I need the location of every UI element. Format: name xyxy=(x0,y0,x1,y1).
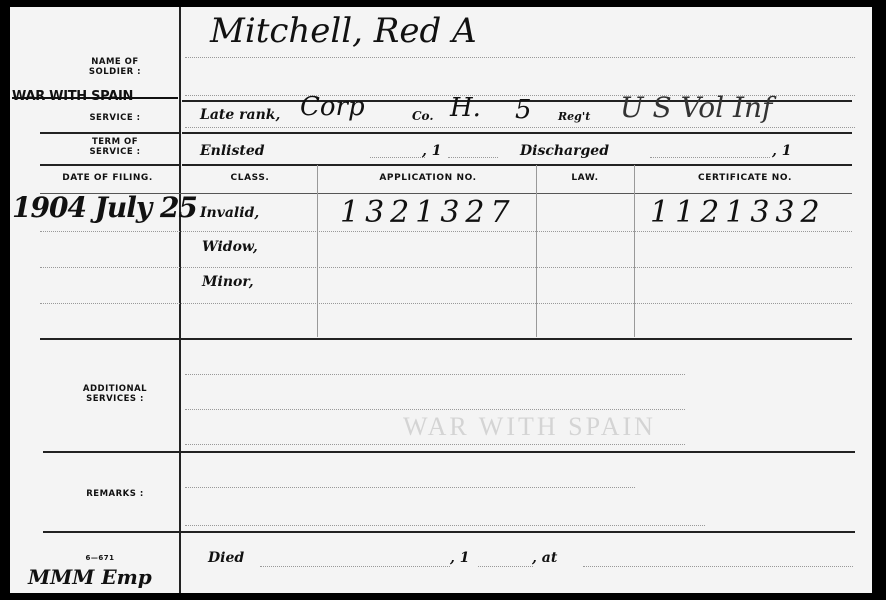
certificate-number: 1121332 xyxy=(650,195,826,230)
pension-index-card: NAME OF SOLDIER : Mitchell, Red A WAR WI… xyxy=(10,7,872,593)
regiment-number: 5 xyxy=(515,95,532,125)
late-rank-label: Late rank, xyxy=(200,107,280,123)
date-of-filing-header: DATE OF FILING. xyxy=(35,173,180,183)
company-label: Co. xyxy=(412,109,434,123)
regiment-label: Reg't xyxy=(558,110,590,123)
additional-services-label: ADDITIONAL SERVICES : xyxy=(50,384,180,404)
class-widow: Widow, xyxy=(202,239,258,255)
soldier-name: Mitchell, Red A xyxy=(210,11,477,51)
class-invalid: Invalid, xyxy=(200,205,259,221)
discharged-year: , 1 xyxy=(772,143,792,159)
form-number: 6—671 xyxy=(50,553,150,563)
enlisted-year: , 1 xyxy=(422,143,442,159)
remarks-label: REMARKS : xyxy=(50,489,180,499)
application-number: 1321327 xyxy=(340,195,516,230)
clerk-initials: MMM Emp xyxy=(28,565,152,589)
class-header: CLASS. xyxy=(182,173,318,183)
died-at-label: , at xyxy=(532,550,557,566)
regiment-value: U S Vol Inf xyxy=(620,91,772,124)
discharged-label: Discharged xyxy=(520,143,609,159)
certificate-no-header: CERTIFICATE NO. xyxy=(635,173,855,183)
died-year: , 1 xyxy=(450,550,470,566)
term-of-service-label: TERM OF SERVICE : xyxy=(50,137,180,157)
enlisted-label: Enlisted xyxy=(200,143,265,159)
name-of-soldier-label: NAME OF SOLDIER : xyxy=(50,57,180,77)
service-label: SERVICE : xyxy=(50,113,180,123)
company-value: H. xyxy=(450,93,481,123)
left-column-divider xyxy=(179,7,181,593)
application-no-header: APPLICATION NO. xyxy=(320,173,536,183)
died-label: Died xyxy=(208,550,244,566)
faint-watermark-stamp: WAR WITH SPAIN xyxy=(403,412,656,442)
date-of-filing-value: 1904 July 25 xyxy=(12,191,197,224)
late-rank-value: Corp xyxy=(300,92,365,122)
class-minor: Minor, xyxy=(202,274,254,290)
law-header: LAW. xyxy=(537,173,633,183)
stamp-strikethrough xyxy=(12,97,178,99)
